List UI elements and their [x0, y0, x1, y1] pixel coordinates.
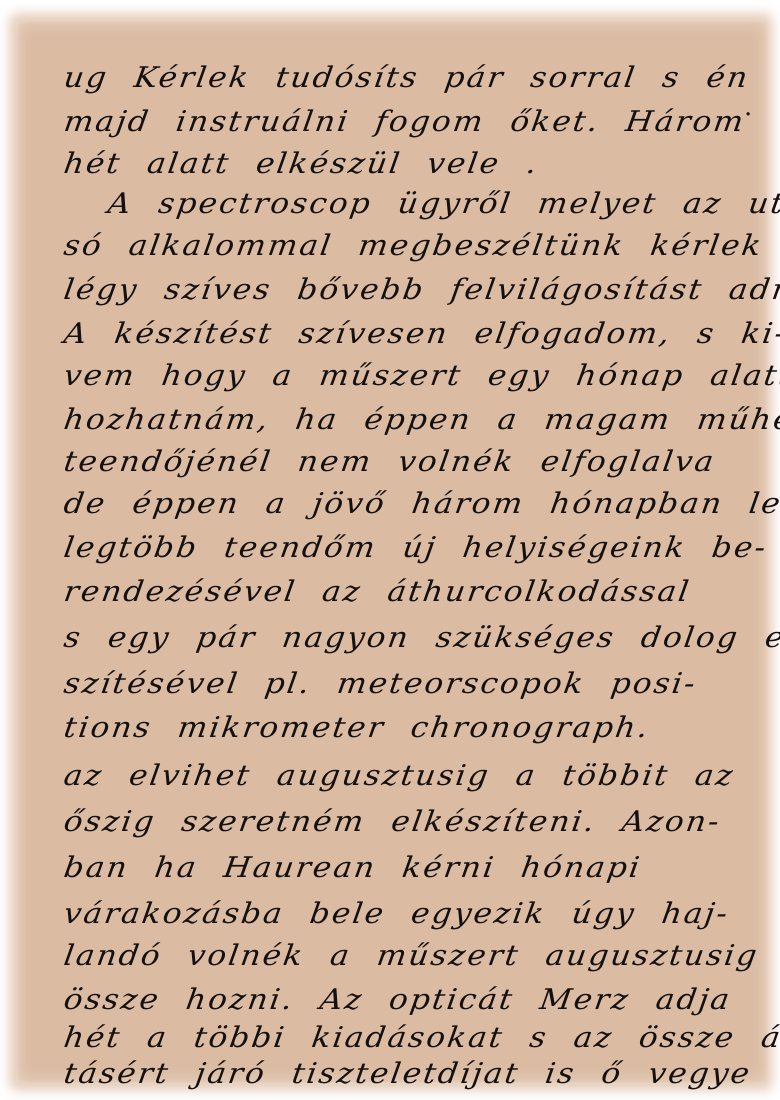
text-line-18: őszig szeretném elkészíteni. Azon-	[62, 805, 724, 838]
text-line-8: vem hogy a műszert egy hónap alatt össze	[62, 359, 780, 392]
text-line-16: tions mikrometer chronograph.	[62, 711, 652, 744]
letter-page: ug Kérlek tudósíts pár sorral s én majd …	[16, 20, 768, 1084]
text-line-5: só alkalommal megbeszéltünk kérlek	[62, 229, 765, 262]
text-line-11: de éppen a jövő három hónapban lesz	[62, 487, 780, 520]
text-line-20: várakozásba bele egyezik úgy haj-	[62, 897, 732, 930]
text-line-6: légy szíves bővebb felvilágosítást adni.	[62, 273, 780, 306]
text-line-17: az elvihet augusztusig a többit az	[62, 759, 737, 792]
text-line-12: legtöbb teendőm új helyiségeink be-	[62, 531, 770, 564]
text-line-9: hozhatnám, ha éppen a magam műhely	[62, 403, 780, 436]
text-line-14: s egy pár nagyon szükséges dolog elké-	[62, 621, 780, 654]
ink-dot-mark: ·	[744, 100, 752, 130]
text-line-24: tásért járó tiszteletdíjat is ő vegye	[62, 1057, 754, 1090]
text-line-19: ban ha Haurean kérni hónapi	[62, 851, 644, 884]
text-line-2: majd instruálni fogom őket. Három	[62, 105, 748, 138]
text-line-23: hét a többi kiadásokat s az össze állí-	[62, 1021, 780, 1054]
text-line-3: hét alatt elkészül vele .	[62, 147, 541, 180]
text-line-22: össze hozni. Az opticát Merz adja	[62, 983, 734, 1016]
text-line-1: ug Kérlek tudósíts pár sorral s én	[62, 61, 752, 94]
text-line-7: A készítést szívesen elfogadom, s ki-	[62, 317, 780, 350]
text-line-21: landó volnék a műszert augusztusig	[62, 939, 761, 972]
text-line-13: rendezésével az áthurcolkodással	[62, 575, 693, 608]
text-line-15: szítésével pl. meteorscopok posi-	[62, 667, 699, 700]
handwritten-text-block: ug Kérlek tudósíts pár sorral s én majd …	[16, 20, 768, 1084]
text-line-10: teendőjénél nem volnék elfoglalva	[62, 445, 718, 478]
text-line-4: A spectroscop ügyről melyet az utol-	[106, 187, 780, 220]
